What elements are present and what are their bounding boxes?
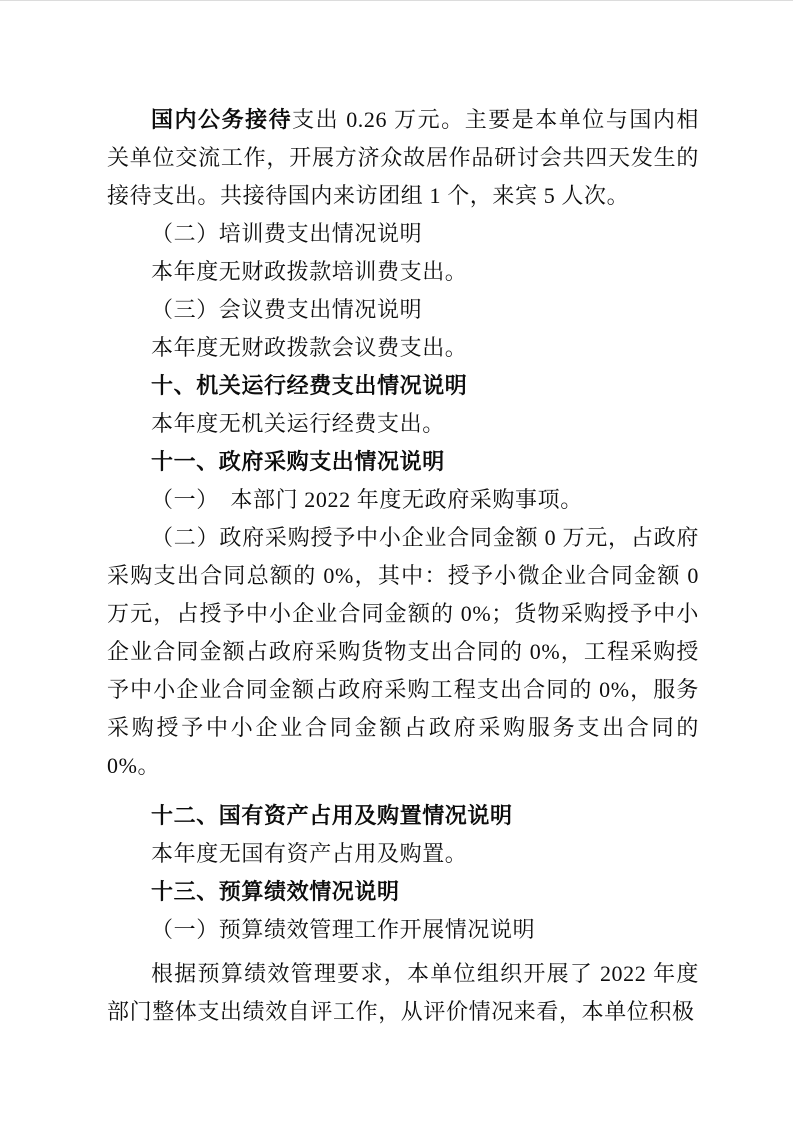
paragraph-performance-self-evaluation: 根据预算绩效管理要求，本单位组织开展了 2022 年度部门整体支出绩效自评工作，…: [107, 955, 699, 1031]
paragraph-domestic-reception: 国内公务接待支出 0.26 万元。主要是本单位与国内相关单位交流工作，开展方济众…: [107, 101, 699, 215]
paragraph-procurement-sme-amounts: （二）政府采购授予中小企业合同金额 0 万元，占政府采购支出合同总额的 0%，其…: [107, 519, 699, 785]
sub-heading-training-fee: （二）培训费支出情况说明: [107, 215, 699, 253]
section-heading-13-budget-performance: 十三、预算绩效情况说明: [107, 873, 699, 911]
paragraph-no-training-fee: 本年度无财政拨款培训费支出。: [107, 253, 699, 291]
paragraph-no-procurement-items: （一） 本部门 2022 年度无政府采购事项。: [107, 481, 699, 519]
paragraph-no-meeting-fee: 本年度无财政拨款会议费支出。: [107, 329, 699, 367]
section-heading-10-operating-expenses: 十、机关运行经费支出情况说明: [107, 367, 699, 405]
bold-lead-domestic-reception: 国内公务接待: [151, 107, 292, 132]
sub-heading-performance-management: （一）预算绩效管理工作开展情况说明: [107, 911, 699, 949]
paragraph-no-state-assets: 本年度无国有资产占用及购置。: [107, 835, 699, 873]
sub-heading-meeting-fee: （三）会议费支出情况说明: [107, 291, 699, 329]
section-heading-11-government-procurement: 十一、政府采购支出情况说明: [107, 443, 699, 481]
document-page: 国内公务接待支出 0.26 万元。主要是本单位与国内相关单位交流工作，开展方济众…: [0, 0, 793, 1122]
section-heading-12-state-assets: 十二、国有资产占用及购置情况说明: [107, 797, 699, 835]
paragraph-no-operating-expenses: 本年度无机关运行经费支出。: [107, 405, 699, 443]
